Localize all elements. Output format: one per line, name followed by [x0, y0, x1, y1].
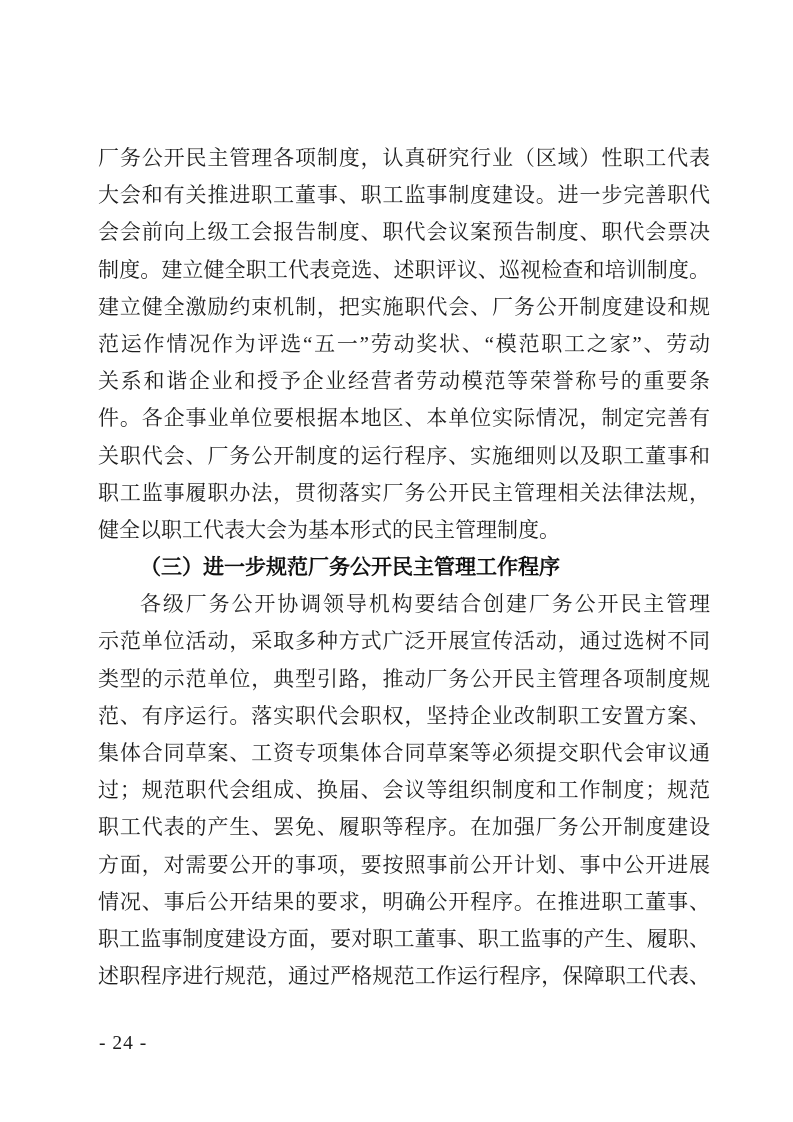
body-line: 职工监事制度建设方面，要对职工董事、职工监事的产生、履职、 — [98, 921, 710, 958]
body-line: 件。各企事业单位要根据本地区、本单位实际情况，制定完善有 — [98, 400, 710, 437]
body-line: 示范单位活动，采取多种方式广泛开展宣传活动，通过选树不同 — [98, 623, 710, 660]
document-page: 厂务公开民主管理各项制度，认真研究行业（区域）性职工代表 大会和有关推进职工董事… — [0, 0, 793, 1122]
section-heading: （三）进一步规范厂务公开民主管理工作程序 — [98, 549, 710, 586]
body-line: 过；规范职代会组成、换届、会议等组织制度和工作制度；规范 — [98, 772, 710, 809]
body-line: 大会和有关推进职工董事、职工监事制度建设。进一步完善职代 — [98, 177, 710, 214]
body-line: 制度。建立健全职工代表竞选、述职评议、巡视检查和培训制度。 — [98, 252, 710, 289]
body-line: 情况、事后公开结果的要求，明确公开程序。在推进职工董事、 — [98, 884, 710, 921]
paragraph-end-line: 健全以职工代表大会为基本形式的民主管理制度。 — [98, 512, 710, 549]
body-line: 述职程序进行规范，通过严格规范工作运行程序，保障职工代表、 — [98, 958, 710, 995]
body-line: 关系和谐企业和授予企业经营者劳动模范等荣誉称号的重要条 — [98, 363, 710, 400]
body-line: 方面，对需要公开的事项，要按照事前公开计划、事中公开进展 — [98, 847, 710, 884]
body-line: 范运作情况作为评选“五一”劳动奖状、“模范职工之家”、劳动 — [98, 326, 710, 363]
body-line: 职工代表的产生、罢免、履职等程序。在加强厂务公开制度建设 — [98, 809, 710, 846]
body-line: 会会前向上级工会报告制度、职代会议案预告制度、职代会票决 — [98, 214, 710, 251]
body-line: 厂务公开民主管理各项制度，认真研究行业（区域）性职工代表 — [98, 140, 710, 177]
body-line: 职工监事履职办法，贯彻落实厂务公开民主管理相关法律法规， — [98, 475, 710, 512]
body-line: 关职代会、厂务公开制度的运行程序、实施细则以及职工董事和 — [98, 438, 710, 475]
body-line: 范、有序运行。落实职代会职权，坚持企业改制职工安置方案、 — [98, 698, 710, 735]
paragraph-start-line: 各级厂务公开协调领导机构要结合创建厂务公开民主管理 — [98, 586, 710, 623]
body-line: 建立健全激励约束机制，把实施职代会、厂务公开制度建设和规 — [98, 289, 710, 326]
document-text-block: 厂务公开民主管理各项制度，认真研究行业（区域）性职工代表 大会和有关推进职工董事… — [98, 140, 710, 995]
body-line: 类型的示范单位，典型引路，推动厂务公开民主管理各项制度规 — [98, 661, 710, 698]
page-number: - 24 - — [99, 1032, 147, 1056]
body-line: 集体合同草案、工资专项集体合同草案等必须提交职代会审议通 — [98, 735, 710, 772]
